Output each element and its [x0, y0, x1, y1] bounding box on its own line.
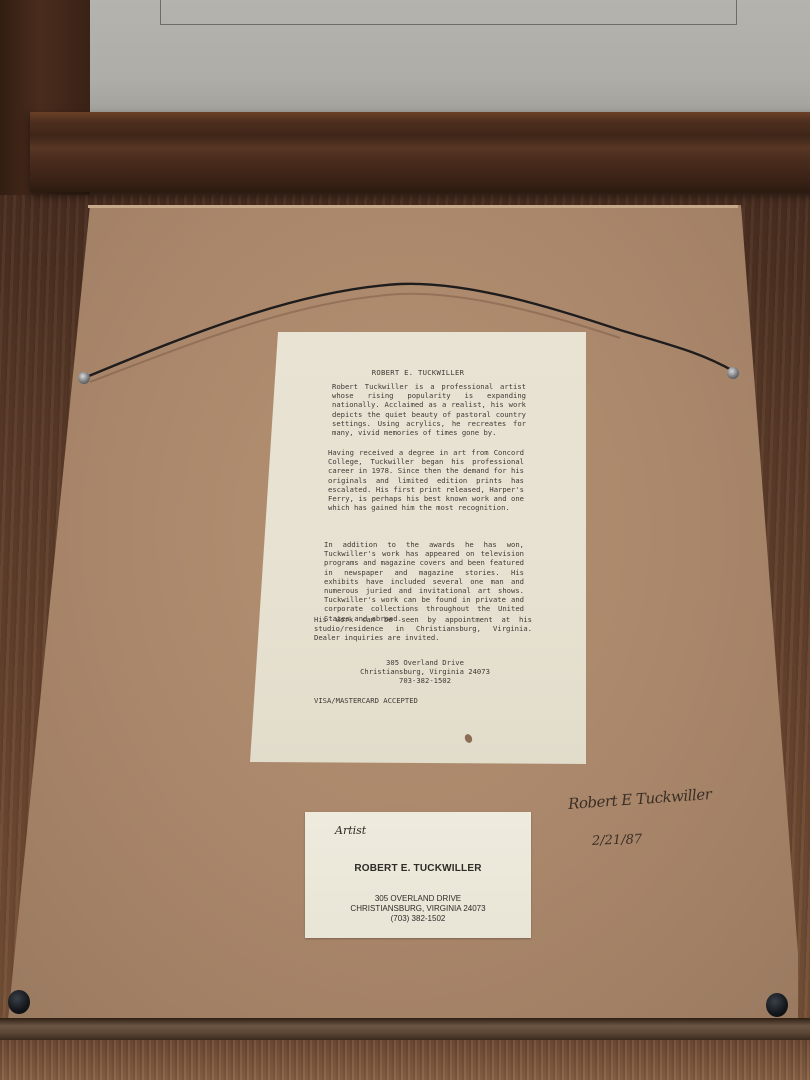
bio-address-phone: 703-382-1502	[250, 676, 600, 685]
upper-mat-inner-line	[160, 0, 737, 25]
bio-title: ROBERT E. TUCKWILLER	[250, 368, 586, 377]
left-bumper-pad	[8, 990, 30, 1014]
card-name: ROBERT E. TUCKWILLER	[305, 863, 531, 874]
upper-frame-mat	[85, 0, 810, 112]
wooden-floor	[0, 1040, 810, 1080]
bio-paragraph: Robert Tuckwiller is a professional arti…	[332, 382, 526, 437]
backing-top-edge	[88, 205, 738, 208]
paper-stain	[463, 733, 473, 744]
upper-picture-frame	[0, 0, 810, 195]
bio-address-street: 305 Overland Drive	[250, 658, 600, 667]
signature-date: 2/21/87	[592, 832, 643, 849]
bio-paragraph: His work can be seen by appointment at h…	[314, 615, 532, 643]
upper-frame-moulding	[30, 112, 810, 192]
bio-paragraph: In addition to the awards he has won, Tu…	[324, 540, 524, 623]
bio-paragraph: Having received a degree in art from Con…	[328, 448, 524, 512]
right-screw-eye	[727, 367, 739, 379]
card-role: Artist	[335, 824, 366, 837]
artist-bio-sheet: ROBERT E. TUCKWILLER Robert Tuckwiller i…	[250, 332, 586, 764]
card-street: 305 OVERLAND DRIVE	[305, 894, 531, 904]
bio-address: 305 Overland Drive Christiansburg, Virgi…	[250, 658, 600, 686]
right-bumper-pad	[766, 993, 788, 1017]
card-city: CHRISTIANSBURG, VIRGINIA 24073	[305, 904, 531, 914]
bio-address-city: Christiansburg, Virginia 24073	[250, 667, 600, 676]
business-card: Artist ROBERT E. TUCKWILLER 305 OVERLAND…	[305, 812, 531, 938]
card-phone: (703) 382-1502	[305, 914, 531, 924]
card-address: 305 OVERLAND DRIVE CHRISTIANSBURG, VIRGI…	[305, 894, 531, 924]
bottom-frame-rail	[0, 1018, 810, 1040]
left-screw-eye	[78, 372, 90, 384]
bio-payment-note: VISA/MASTERCARD ACCEPTED	[314, 696, 418, 705]
